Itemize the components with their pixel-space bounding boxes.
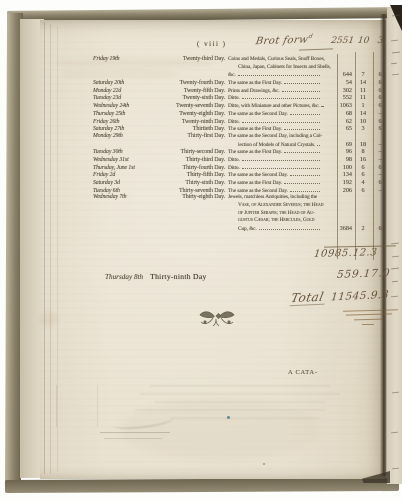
entry-description: Cup, &c. — [228, 226, 322, 234]
entry-date: Tuesday 23d — [93, 95, 155, 103]
entry-day-number: Twenty-third Day. — [155, 56, 225, 64]
amount-pounds: 65 — [322, 125, 354, 133]
book-photo: ( viii ) Brot forwd 2551 10 3 Friday 19t… — [0, 0, 402, 500]
dotted-leader — [284, 152, 320, 153]
dotted-leader — [242, 168, 320, 169]
show-through-ruled-box — [56, 385, 98, 427]
catchword: A CATA- — [288, 369, 318, 376]
entry-description: The same as the First Day. — [228, 180, 322, 188]
amount-shillings: 7 — [354, 71, 372, 79]
amount-pounds: 100 — [322, 164, 354, 172]
page-crease — [50, 24, 51, 474]
entry-description: The same as the Second Day. — [228, 172, 322, 180]
day39-amount: 559.17.0 — [336, 267, 391, 281]
show-through-line — [140, 393, 340, 395]
printers-ornament-icon — [195, 306, 237, 335]
entry-day-number: Thirty-third Day. — [155, 157, 225, 165]
amount-pence: 6 — [372, 94, 388, 102]
entry-day-number: Thirty-eighth Day. — [155, 194, 225, 202]
amount-pence: – — [372, 171, 388, 179]
dotted-leader — [284, 183, 320, 184]
amount-pence: 6 — [372, 164, 388, 172]
amount-shillings: 6 — [354, 164, 372, 172]
dotted-leader — [242, 160, 320, 161]
entry-day-number: Thirty-first Day. — [155, 133, 225, 141]
amount-pence: 6 — [372, 79, 388, 87]
entry-day-number: Thirty-fifth Day. — [155, 172, 225, 180]
entry-description: The same as the First Day. — [228, 149, 322, 157]
ledger-line: Wednesday 31stThirty-third Day.Ditto.981… — [93, 156, 388, 164]
book-cover-bottom-edge — [5, 478, 399, 493]
amount-pounds: 134 — [322, 171, 354, 179]
ledger-line: lection of Models of Natural Crystals.69… — [93, 141, 388, 149]
entry-day-number: Twenty-fourth Day. — [155, 80, 225, 88]
ink-speck-blue — [227, 416, 230, 419]
ledger-line: Tuesday 30thThirty-second Day.The same a… — [93, 148, 388, 156]
entry-day-number: Twenty-sixth Day. — [155, 95, 225, 103]
amount-shillings: 8 — [354, 148, 372, 156]
ledger-line: Saturday 27thThirtieth Day.The same as t… — [93, 125, 388, 133]
footer-entry-day: Thirty-ninth Day — [150, 272, 206, 281]
amount-pounds: 552 — [322, 94, 354, 102]
entry-description: The same as the Second Day, including a … — [228, 133, 322, 141]
entry-description: Jewels, matchless Antiquities, including… — [228, 194, 322, 202]
ledger-line: China, Japan, Cabinets for Insects and S… — [93, 64, 388, 72]
entry-date: Wednesday 24th — [93, 103, 155, 111]
amount-shillings: 6 — [354, 171, 372, 179]
dotted-leader — [259, 229, 320, 230]
ledger-line: gustus Cæsar; the Hercules, Gold — [93, 217, 388, 225]
bf-pence: 3 — [372, 36, 388, 46]
entry-date: Saturday 3d — [93, 180, 155, 188]
entry-description: Ditto. — [228, 157, 322, 165]
entry-date: Tuesday 30th — [93, 149, 155, 157]
brought-forward-note: Brot forwd — [255, 33, 314, 47]
amount-pence: – — [372, 187, 388, 195]
brought-forward-label: Brot forw — [255, 34, 309, 47]
amount-shillings: 11 — [354, 94, 372, 102]
entry-description: The same as the Second Day. — [228, 111, 322, 119]
total-underline — [362, 324, 374, 325]
entry-date: Saturday 20th — [93, 80, 155, 88]
amount-pence: – — [372, 156, 388, 164]
ledger-line: Friday 19thTwenty-third Day.Coins and Me… — [93, 56, 388, 64]
amount-shillings: 1 — [354, 102, 372, 110]
amount-pounds: 68 — [322, 110, 354, 118]
amount-shillings: 3 — [354, 125, 372, 133]
ledger-line: Friday 26thTwenty-ninth Day.Ditto.62106 — [93, 118, 388, 126]
dotted-leader — [317, 145, 320, 146]
dotted-leader — [282, 91, 320, 92]
page-number: ( viii ) — [197, 40, 227, 48]
dotted-leader — [290, 114, 320, 115]
ledger-line: Monday 29thThirty-first Day.The same as … — [93, 133, 388, 141]
brought-forward-amount: 2551 10 3 — [321, 36, 388, 46]
total-label: Total — [290, 290, 328, 307]
dotted-leader — [290, 191, 320, 192]
amount-shillings: 6 — [354, 187, 372, 195]
entry-description: Vase, of Alexander Severus; the Head — [228, 202, 322, 210]
show-through-line — [150, 385, 330, 387]
bf-shillings: 10 — [353, 36, 373, 46]
show-through-underline — [104, 438, 162, 439]
entry-day-number: Twenty-eighth Day. — [155, 111, 225, 119]
entry-date: Thursday 25th — [93, 111, 155, 119]
entry-date: Wednesday 31st — [93, 157, 155, 165]
footer-entry-date: Thursday 8th — [105, 273, 143, 281]
total-amount: 11545.9.3 — [330, 289, 389, 304]
ledger-line: Thursday 25thTwenty-eighth Day.The same … — [93, 110, 388, 118]
entry-description: gustus Cæsar; the Hercules, Gold — [228, 217, 322, 225]
amount-pounds: 302 — [322, 87, 354, 95]
show-through-underline — [100, 432, 170, 433]
amount-shillings: 10 — [354, 118, 372, 126]
entry-date: Monday 29th — [93, 133, 155, 141]
ledger-rows: Friday 19thTwenty-third Day.Coins and Me… — [93, 56, 388, 233]
entry-date: Friday 2d — [93, 172, 155, 180]
amount-pounds: 206 — [322, 187, 354, 195]
amount-shillings: 16 — [354, 156, 372, 164]
entry-description: Prints and Drawings, &c. — [228, 88, 322, 96]
ledger-line: Monday 22dTwenty-fifth Day.Prints and Dr… — [93, 87, 388, 95]
amount-pence: 6 — [372, 87, 388, 95]
ledger-line: Thursday, June 1stThirty-fourth Day.Ditt… — [93, 164, 388, 172]
amount-pence: – — [372, 148, 388, 156]
ledger-line: &c.64476 — [93, 71, 388, 79]
entry-description: Ditto. — [228, 95, 322, 103]
ledger-line: Saturday 3dThirty-sixth Day.The same as … — [93, 179, 388, 187]
ledger-line: Tuesday 23dTwenty-sixth Day.Ditto.552116 — [93, 94, 388, 102]
entry-day-number: Twenty-seventh Day. — [155, 103, 225, 111]
amount-shillings: 4 — [354, 179, 372, 187]
amount-shillings: 14 — [354, 79, 372, 87]
dotted-leader — [284, 129, 320, 130]
dotted-leader — [290, 175, 320, 176]
dotted-leader — [242, 122, 320, 123]
entry-description: The same as the First Day. — [228, 80, 322, 88]
entry-date: Wednesday 7th — [93, 194, 155, 202]
dotted-leader — [238, 75, 320, 76]
amount-shillings: 14 — [354, 110, 372, 118]
amount-pence: 6 — [372, 71, 388, 79]
amount-pence: 6 — [372, 225, 388, 233]
amount-shillings: 2 — [354, 225, 372, 233]
entry-description: Coins and Medals, Curious Seals, Snuff B… — [228, 56, 322, 64]
amount-pence: 6 — [372, 125, 388, 133]
ledger-line: Wednesday 24thTwenty-seventh Day.Ditto, … — [93, 102, 388, 110]
amount-pounds: 69 — [322, 141, 354, 149]
amount-pence: 6 — [372, 118, 388, 126]
show-through-line — [135, 409, 325, 411]
amount-shillings: 18 — [354, 141, 372, 149]
amount-pence: – — [372, 110, 388, 118]
page-crease — [44, 22, 45, 474]
amount-pounds: 96 — [322, 148, 354, 156]
entry-description: China, Japan, Cabinets for Insects and S… — [228, 64, 322, 72]
entry-day-number: Thirty-second Day. — [155, 149, 225, 157]
entry-day-number: Thirty-sixth Day. — [155, 180, 225, 188]
dotted-leader — [284, 83, 320, 84]
amount-pounds: 192 — [322, 179, 354, 187]
amount-pounds: 98 — [322, 156, 354, 164]
entry-date: Friday 19th — [93, 56, 155, 64]
amount-shillings: 11 — [354, 87, 372, 95]
ledger-line: Saturday 20thTwenty-fourth Day.The same … — [93, 79, 388, 87]
ink-speck-red — [263, 463, 265, 465]
amount-pence: 6 — [372, 179, 388, 187]
show-through-line — [155, 401, 325, 403]
amount-pounds: 1063 — [322, 102, 354, 110]
entry-description: Ditto, with Miniature and other Pictures… — [228, 103, 322, 111]
show-through-line — [170, 417, 320, 419]
ledger-line: Cup, &c.368426 — [93, 225, 388, 233]
amount-pounds: 62 — [322, 118, 354, 126]
footer-entry: Thursday 8th Thirty-ninth Day — [105, 272, 207, 281]
page-subtotal: 10985.12.3 — [313, 247, 378, 260]
amount-pence: 6 — [372, 102, 388, 110]
bf-pounds: 2551 — [321, 36, 354, 46]
amount-pounds: 3684 — [322, 225, 354, 233]
ledger-line: Friday 2dThirty-fifth Day.The same as th… — [93, 171, 388, 179]
dotted-leader — [242, 98, 320, 99]
amount-pounds: 54 — [322, 79, 354, 87]
ledger-line: Wednesday 7thThirty-eighth Day.Jewels, m… — [93, 194, 388, 202]
amount-pounds: 644 — [322, 71, 354, 79]
amount-pence: – — [372, 141, 388, 149]
entry-description: &c. — [228, 72, 322, 80]
ledger-line: Vase, of Alexander Severus; the Head — [93, 202, 388, 210]
